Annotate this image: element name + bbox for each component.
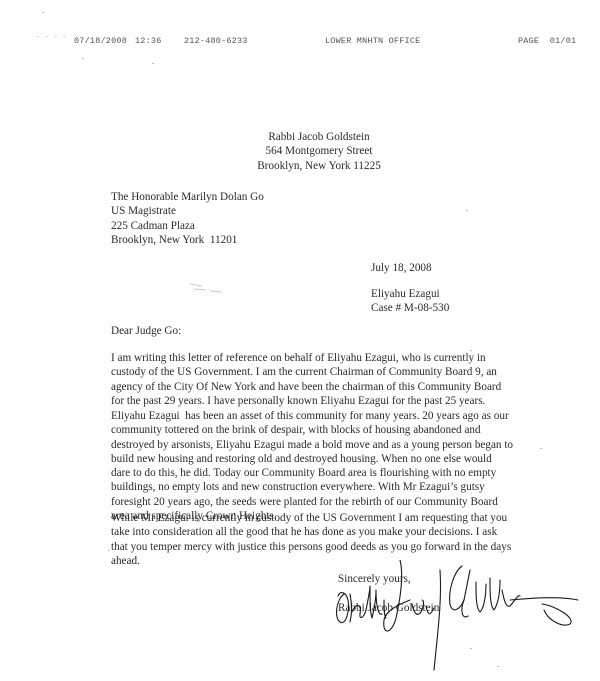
scan-speck bbox=[470, 350, 472, 351]
paragraph-1: I am writing this letter of reference on… bbox=[111, 351, 501, 408]
fax-time: 12:36 bbox=[135, 36, 162, 46]
paragraph-line: I am writing this letter of reference on… bbox=[111, 351, 501, 365]
paragraph-line: community tottered on the brink of despa… bbox=[111, 423, 513, 437]
fax-smudge bbox=[188, 281, 228, 295]
paragraph-line: destroyed by arsonists, Eliyahu Ezagui m… bbox=[111, 438, 513, 452]
recipient-street: 225 Cadman Plaza bbox=[111, 219, 264, 233]
closing: Sincerely yours, bbox=[338, 572, 411, 586]
sender-address: Rabbi Jacob Goldstein 564 Montgomery Str… bbox=[0, 130, 600, 173]
paragraph-line: foresight 20 years ago, the seeds were p… bbox=[111, 495, 513, 509]
fax-office: LOWER MNHTN OFFICE bbox=[325, 36, 420, 46]
sender-street: 564 Montgomery Street bbox=[38, 144, 600, 158]
paragraph-line: While Mr Ezagui is currently in custody … bbox=[111, 511, 511, 525]
reference-block: Eliyahu Ezagui Case # M-08-530 bbox=[371, 287, 449, 316]
scan-speck bbox=[497, 666, 499, 667]
reference-case-number: Case # M-08-530 bbox=[371, 301, 449, 315]
recipient-name: The Honorable Marilyn Dolan Go bbox=[111, 190, 264, 204]
paragraph-3: While Mr Ezagui is currently in custody … bbox=[111, 511, 511, 568]
paragraph-line: ahead. bbox=[111, 554, 511, 568]
scan-speck bbox=[152, 63, 154, 64]
fax-transmission-header: - - - - 07/18/2008 12:36 212-480-6233 LO… bbox=[0, 36, 600, 50]
scan-speck bbox=[470, 648, 472, 649]
scan-speck bbox=[108, 550, 110, 551]
paragraph-line: that you temper mercy with justice this … bbox=[111, 540, 511, 554]
fax-date: 07/18/2008 bbox=[74, 36, 127, 46]
paragraph-line: for the past 29 years. I have personally… bbox=[111, 394, 501, 408]
reference-subject: Eliyahu Ezagui bbox=[371, 287, 449, 301]
recipient-city: Brooklyn, New York 11201 bbox=[111, 233, 264, 247]
paragraph-line: build new housing and restoring old and … bbox=[111, 452, 513, 466]
fax-phone: 212-480-6233 bbox=[184, 36, 248, 46]
fax-page: - - - - 07/18/2008 12:36 212-480-6233 LO… bbox=[0, 0, 600, 681]
paragraph-line: Eliyahu Ezagui has been an asset of this… bbox=[111, 409, 513, 423]
paragraph-line: take into consideration all the good tha… bbox=[111, 525, 511, 539]
salutation: Dear Judge Go: bbox=[111, 324, 181, 338]
paragraph-line: agency of the City Of New York and have … bbox=[111, 380, 501, 394]
paragraph-line: dare to do this, he did. Today our Commu… bbox=[111, 466, 513, 480]
scan-speck bbox=[540, 448, 542, 449]
scan-speck bbox=[466, 210, 468, 211]
recipient-address: The Honorable Marilyn Dolan Go US Magist… bbox=[111, 190, 264, 247]
signatory-name: Rabbi Jacob Goldstein bbox=[338, 601, 439, 615]
sender-city: Brooklyn, New York 11225 bbox=[38, 159, 600, 173]
scan-speck bbox=[82, 58, 84, 59]
paragraph-line: buildings, no empty lots and new constru… bbox=[111, 480, 513, 494]
sender-name: Rabbi Jacob Goldstein bbox=[38, 130, 600, 144]
scan-speck bbox=[42, 12, 44, 13]
fax-noise: - - - - bbox=[36, 34, 67, 42]
paragraph-line: custody of the US Government. I am the c… bbox=[111, 365, 501, 379]
recipient-title: US Magistrate bbox=[111, 204, 264, 218]
letter-date: July 18, 2008 bbox=[371, 261, 432, 275]
paragraph-2: Eliyahu Ezagui has been an asset of this… bbox=[111, 409, 513, 523]
fax-page-count: PAGE 01/01 bbox=[518, 36, 576, 46]
